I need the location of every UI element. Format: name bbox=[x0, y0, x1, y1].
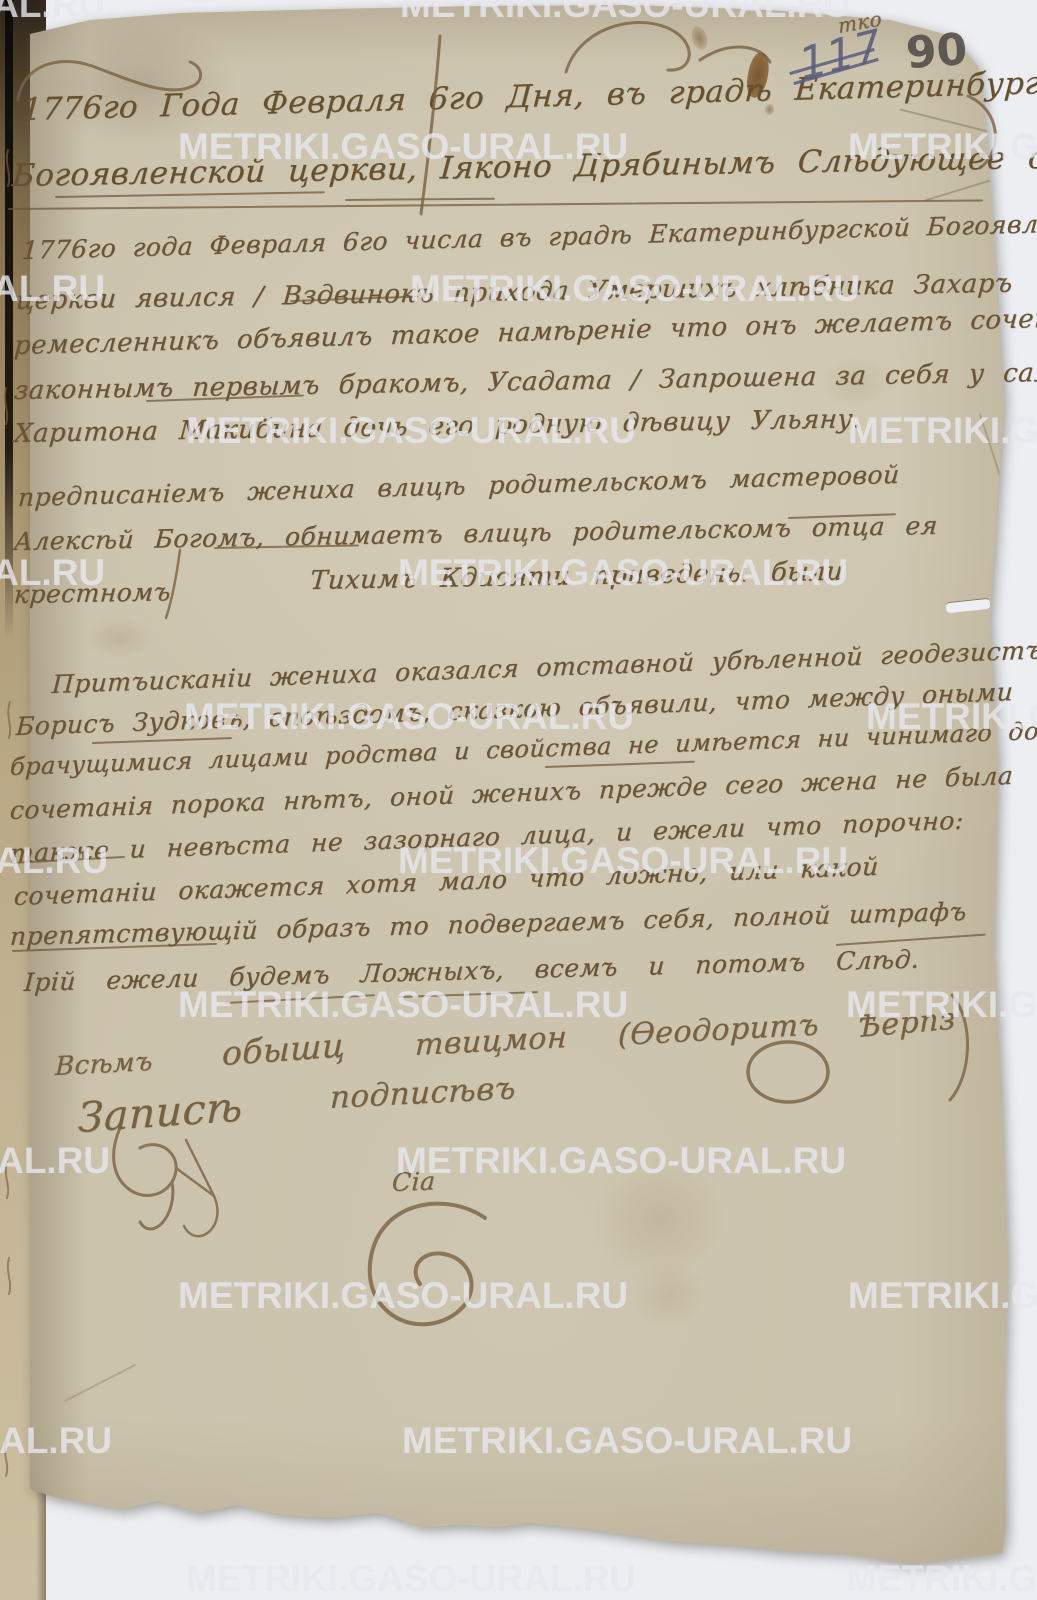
adjacent-page-marks bbox=[5, 150, 10, 1476]
flourish-tall-stroke bbox=[421, 36, 440, 214]
flourish-top-center-tail bbox=[700, 47, 770, 62]
flourish-zapis-loop bbox=[114, 1128, 177, 1195]
flourish-header-end bbox=[968, 96, 995, 168]
scanned-manuscript-page: 1776го Года Февраля 6го Дня, въ градѣ Ек… bbox=[0, 0, 1037, 1600]
flourish-top-center bbox=[566, 23, 689, 72]
flourish-signature-paren bbox=[950, 995, 968, 1100]
flourish-large-c bbox=[370, 1204, 485, 1325]
flourish-arrow-mark bbox=[176, 1140, 217, 1236]
flourish-slash bbox=[166, 550, 180, 618]
flourish-top-left-swirl bbox=[18, 61, 201, 100]
flourish-signature-loop bbox=[748, 1042, 828, 1102]
flourish-zapis-tail bbox=[140, 1182, 173, 1229]
ink-flourishes bbox=[0, 0, 1037, 1600]
